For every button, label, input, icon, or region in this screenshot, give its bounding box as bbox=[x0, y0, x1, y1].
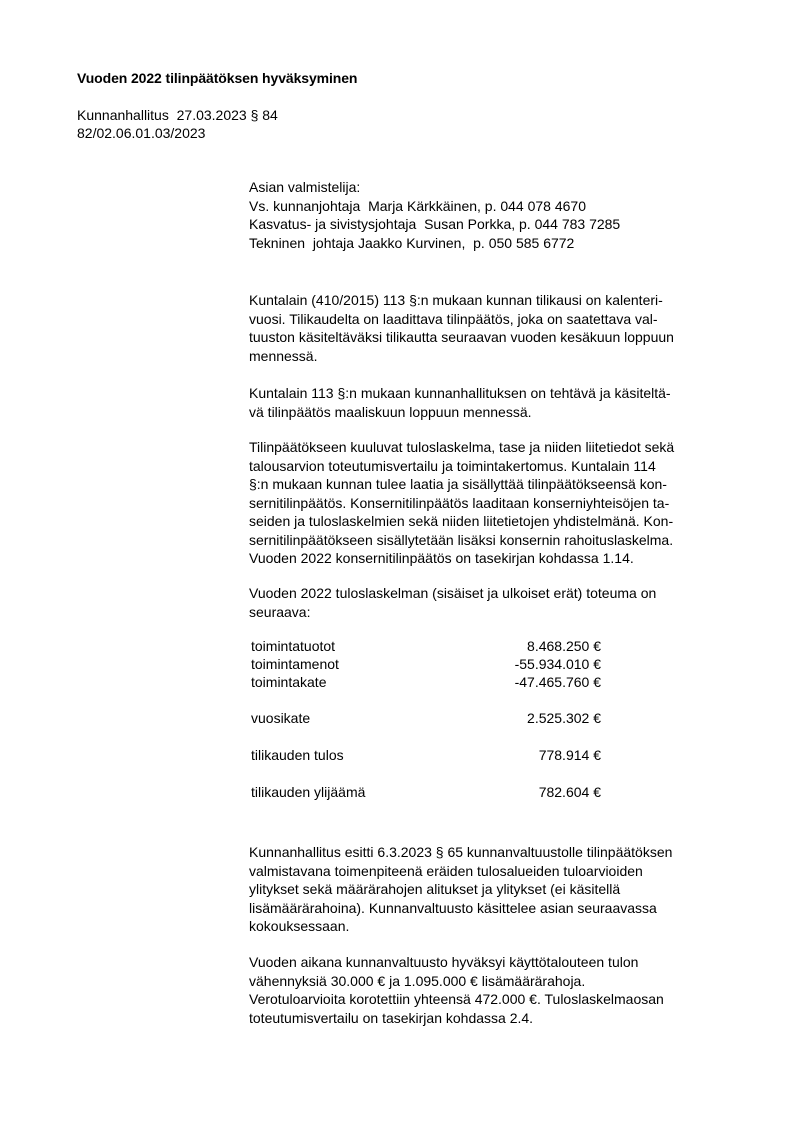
income-row: toimintakate -47.465.760 € bbox=[251, 673, 601, 691]
paragraph-line: talousarvion toteutumisvertailu ja toimi… bbox=[249, 457, 749, 476]
paragraph-line: Vuoden 2022 konsernitilinpäätös on tasek… bbox=[249, 549, 749, 568]
preparer-heading: Asian valmistelija: bbox=[249, 178, 749, 197]
paragraph-line: Kunnanhallitus esitti 6.3.2023 § 65 kunn… bbox=[249, 843, 749, 862]
income-label: tilikauden tulos bbox=[251, 746, 539, 764]
paragraph-line: vä tilinpäätös maaliskuun loppuun mennes… bbox=[249, 403, 749, 422]
meeting-info: Kunnanhallitus 27.03.2023 § 84 82/02.06.… bbox=[77, 106, 278, 142]
income-row: toimintamenot -55.934.010 € bbox=[251, 655, 601, 673]
paragraph-line: seuraava: bbox=[249, 603, 749, 622]
income-label: tilikauden ylijäämä bbox=[251, 783, 539, 801]
income-value: 782.604 € bbox=[539, 783, 601, 801]
income-row: vuosikate 2.525.302 € bbox=[251, 709, 601, 727]
preparer-line: Tekninen johtaja Jaakko Kurvinen, p. 050… bbox=[249, 234, 749, 253]
paragraph-line: Kuntalain (410/2015) 113 §:n mukaan kunn… bbox=[249, 291, 749, 310]
income-value: 8.468.250 € bbox=[527, 637, 601, 655]
paragraph-line: mennessä. bbox=[249, 347, 749, 366]
paragraph-line: Vuoden 2022 tuloslaskelman (sisäiset ja … bbox=[249, 584, 749, 603]
paragraph-line: Verotuloarvioita korotettiin yhteensä 47… bbox=[249, 990, 749, 1009]
preparer-line: Vs. kunnanjohtaja Marja Kärkkäinen, p. 0… bbox=[249, 197, 749, 216]
paragraph-line: tuuston käsiteltäväksi tilikautta seuraa… bbox=[249, 328, 749, 347]
document-title: Vuoden 2022 tilinpäätöksen hyväksyminen bbox=[77, 69, 357, 87]
paragraph-fiscal-period: Kuntalain (410/2015) 113 §:n mukaan kunn… bbox=[249, 291, 749, 365]
income-value: 778.914 € bbox=[539, 746, 601, 764]
preparer-block: Asian valmistelija: Vs. kunnanjohtaja Ma… bbox=[249, 178, 749, 252]
paragraph-line: sernitilinpäätös. Konsernitilinpäätös la… bbox=[249, 494, 749, 513]
paragraph-statement-contents: Tilinpäätökseen kuuluvat tuloslaskelma, … bbox=[249, 438, 749, 568]
paragraph-line: Vuoden aikana kunnanvaltuusto hyväksyi k… bbox=[249, 953, 749, 972]
paragraph-line: kokouksessaan. bbox=[249, 917, 749, 936]
income-label: toimintatuotot bbox=[251, 637, 527, 655]
income-value: -55.934.010 € bbox=[515, 655, 601, 673]
income-label: toimintakate bbox=[251, 673, 515, 691]
paragraph-line: lisämäärärahoina). Kunnanvaltuusto käsit… bbox=[249, 899, 749, 918]
paragraph-line: valmistavana toimenpiteenä eräiden tulos… bbox=[249, 862, 749, 881]
preparer-line: Kasvatus- ja sivistysjohtaja Susan Porkk… bbox=[249, 215, 749, 234]
paragraph-line: vuosi. Tilikaudelta on laadittava tilinp… bbox=[249, 310, 749, 329]
paragraph-board-duty: Kuntalain 113 §:n mukaan kunnanhallituks… bbox=[249, 384, 749, 421]
paragraph-line: seiden ja tuloslaskelmien sekä niiden li… bbox=[249, 512, 749, 531]
paragraph-council-approvals: Vuoden aikana kunnanvaltuusto hyväksyi k… bbox=[249, 953, 749, 1027]
record-id: 82/02.06.01.03/2023 bbox=[77, 124, 278, 142]
income-value: -47.465.760 € bbox=[515, 673, 601, 691]
paragraph-line: vähennyksiä 30.000 € ja 1.095.000 € lisä… bbox=[249, 972, 749, 991]
income-value: 2.525.302 € bbox=[527, 709, 601, 727]
paragraph-line: sernitilinpäätökseen sisällytetään lisäk… bbox=[249, 531, 749, 550]
income-label: toimintamenot bbox=[251, 655, 515, 673]
income-row: tilikauden ylijäämä 782.604 € bbox=[251, 783, 601, 801]
paragraph-line: Kuntalain 113 §:n mukaan kunnanhallituks… bbox=[249, 384, 749, 403]
paragraph-line: ylitykset sekä määrärahojen alitukset ja… bbox=[249, 880, 749, 899]
meeting-line: Kunnanhallitus 27.03.2023 § 84 bbox=[77, 106, 278, 124]
paragraph-results-intro: Vuoden 2022 tuloslaskelman (sisäiset ja … bbox=[249, 584, 749, 621]
paragraph-line: §:n mukaan kunnan tulee laatia ja sisäll… bbox=[249, 475, 749, 494]
income-row: toimintatuotot 8.468.250 € bbox=[251, 637, 601, 655]
income-statement-table: toimintatuotot 8.468.250 € toimintamenot… bbox=[251, 637, 601, 801]
paragraph-board-proposal: Kunnanhallitus esitti 6.3.2023 § 65 kunn… bbox=[249, 843, 749, 936]
income-row: tilikauden tulos 778.914 € bbox=[251, 746, 601, 764]
paragraph-line: toteutumisvertailu on tasekirjan kohdass… bbox=[249, 1009, 749, 1028]
income-label: vuosikate bbox=[251, 709, 527, 727]
paragraph-line: Tilinpäätökseen kuuluvat tuloslaskelma, … bbox=[249, 438, 749, 457]
